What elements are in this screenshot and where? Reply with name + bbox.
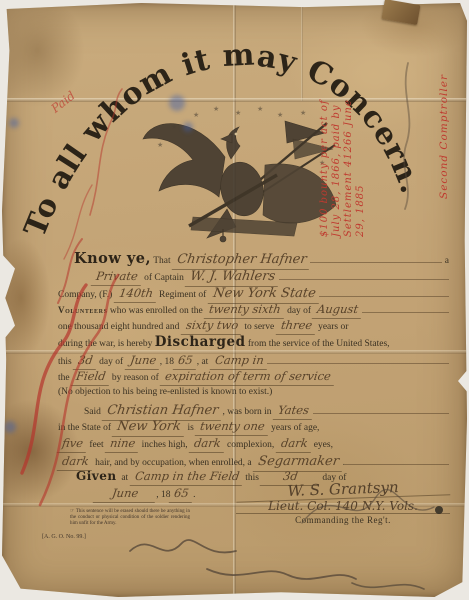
line-discharge-date: this 3d day of June , 18 65 , at Camp in — [58, 351, 449, 368]
blank-rule — [267, 351, 449, 364]
bounty-line-3: Settlement 41266 June — [343, 7, 354, 237]
discharge-place-2: Field — [71, 368, 111, 386]
line-rank: Private of Captain W. J. Wahlers — [58, 267, 449, 284]
paid-annotation: Paid — [48, 88, 77, 115]
birthplace: Yates — [273, 402, 314, 420]
enroll-year: sixty two — [180, 317, 243, 335]
line-regiment: Company, (F.) 140th Regiment of New York… — [58, 284, 449, 301]
svg-text:★: ★ — [157, 141, 163, 149]
discharge-day: 3d — [73, 352, 98, 370]
eyes-value: dark — [275, 435, 312, 453]
svg-text:★: ★ — [193, 111, 199, 119]
during-war-label: during the war, is hereby — [58, 336, 155, 353]
svg-text:★: ★ — [257, 105, 263, 113]
bounty-line-1: $100 bounty per act of — [319, 7, 330, 237]
given-place: Camp in the Field — [129, 468, 244, 486]
blank-rule — [313, 401, 449, 414]
red-bounty-annotation: $100 bounty per act of July 28, 1866, pa… — [319, 7, 366, 237]
height-feet: five — [57, 435, 88, 453]
blank-rule — [310, 250, 442, 263]
svg-text:★: ★ — [235, 109, 241, 117]
rank-value: Private — [91, 268, 143, 286]
svg-text:★: ★ — [171, 123, 177, 131]
document-photo: To all whom it may Concern. — [0, 0, 469, 600]
no-objection-text: (No objection to his being re-enlisted i… — [58, 384, 272, 401]
blank-rule — [362, 300, 449, 313]
svg-text:★: ★ — [300, 109, 306, 117]
this-label: this — [58, 354, 74, 371]
complexion-label: complexion, — [225, 437, 277, 454]
complexion-value: dark — [189, 435, 226, 453]
blank-rule — [345, 452, 449, 465]
line-know-ye: Know ye, That Christopher Hafner a — [58, 250, 449, 267]
captain-name: W. J. Wahlers — [185, 269, 280, 287]
know-ye-label: Know ye, — [74, 251, 151, 268]
feet-label: feet — [87, 437, 106, 454]
regiment-number: 140th — [113, 285, 157, 303]
line-year-term: one thousand eight hundred and sixty two… — [58, 317, 449, 334]
line-description: five feet nine inches high, dark complex… — [58, 435, 449, 452]
given-year: 65 — [169, 485, 194, 503]
discharge-place-1: Camp in — [209, 352, 268, 370]
svg-text:★: ★ — [213, 105, 219, 113]
enroll-month: August — [312, 301, 364, 319]
line-born: Said Christian Hafner , was born in Yate… — [58, 401, 449, 418]
second-comptroller-annotation: Second Comptroller — [438, 29, 450, 199]
eyes-label: eyes, — [311, 437, 333, 454]
stain-left-middle — [2, 239, 50, 357]
company-label: Company, (F.) — [58, 287, 115, 304]
line-state-age: in the State of New York is twenty one y… — [58, 418, 449, 435]
line-occupation: dark hair, and by occupation, when enrol… — [58, 452, 449, 469]
to-serve-label: to serve — [242, 319, 277, 336]
given-label: Given — [76, 468, 121, 485]
period-2: . — [193, 487, 195, 504]
said-label: Said — [84, 404, 103, 421]
discharge-reason: expiration of term of service — [160, 368, 336, 386]
line-no-objection: (No objection to his being re-enlisted i… — [58, 384, 449, 401]
commanding-regt-label: Commanding the Reg't. — [236, 515, 450, 525]
blank-rule — [319, 284, 449, 297]
bounty-line-4: 29, 1885 — [355, 7, 366, 237]
height-inches: nine — [105, 435, 141, 453]
that-label: That — [151, 253, 173, 270]
signature-block: W. S. Grantsyn Lieut. Col. 140 N.Y. Vols… — [236, 480, 450, 525]
soldier-name: Christopher Hafner — [172, 252, 312, 270]
discharge-month: June — [124, 352, 161, 370]
line-reason: the Field by reason of expiration of ter… — [58, 368, 449, 385]
svg-text:★: ★ — [277, 111, 283, 119]
age-value: twenty one — [195, 418, 270, 436]
given-month: June — [93, 485, 158, 503]
vertical-fold-crease-short — [301, 3, 303, 101]
certificate-body: Know ye, That Christopher Hafner a Priva… — [58, 250, 449, 502]
form-number: [A. G. O. No. 99.] — [42, 534, 86, 540]
line-enrolled: Volunteers who was enrolled on the twent… — [58, 300, 449, 317]
discharge-year: 65 — [173, 352, 198, 370]
fine-print-note: ☞ This sentence will be erased should th… — [70, 509, 190, 526]
years-or-label: years or — [316, 319, 349, 336]
line-discharged: during the war, is hereby Discharged fro… — [58, 334, 449, 351]
discharge-certificate-paper: To all whom it may Concern. — [2, 3, 467, 597]
discharged-word: Discharged — [155, 334, 246, 351]
eagle-crest-illustration: ★★★ ★★★ ★★★ — [135, 105, 347, 255]
regiment-of-label: Regiment of — [157, 287, 209, 304]
term-of-service: three — [275, 317, 317, 335]
inches-label: inches high, — [139, 437, 190, 454]
hair-value: dark — [57, 453, 94, 471]
bounty-line-2: July 28, 1866, paid by — [331, 7, 342, 237]
volunteers-label: Volunteers — [58, 302, 108, 319]
